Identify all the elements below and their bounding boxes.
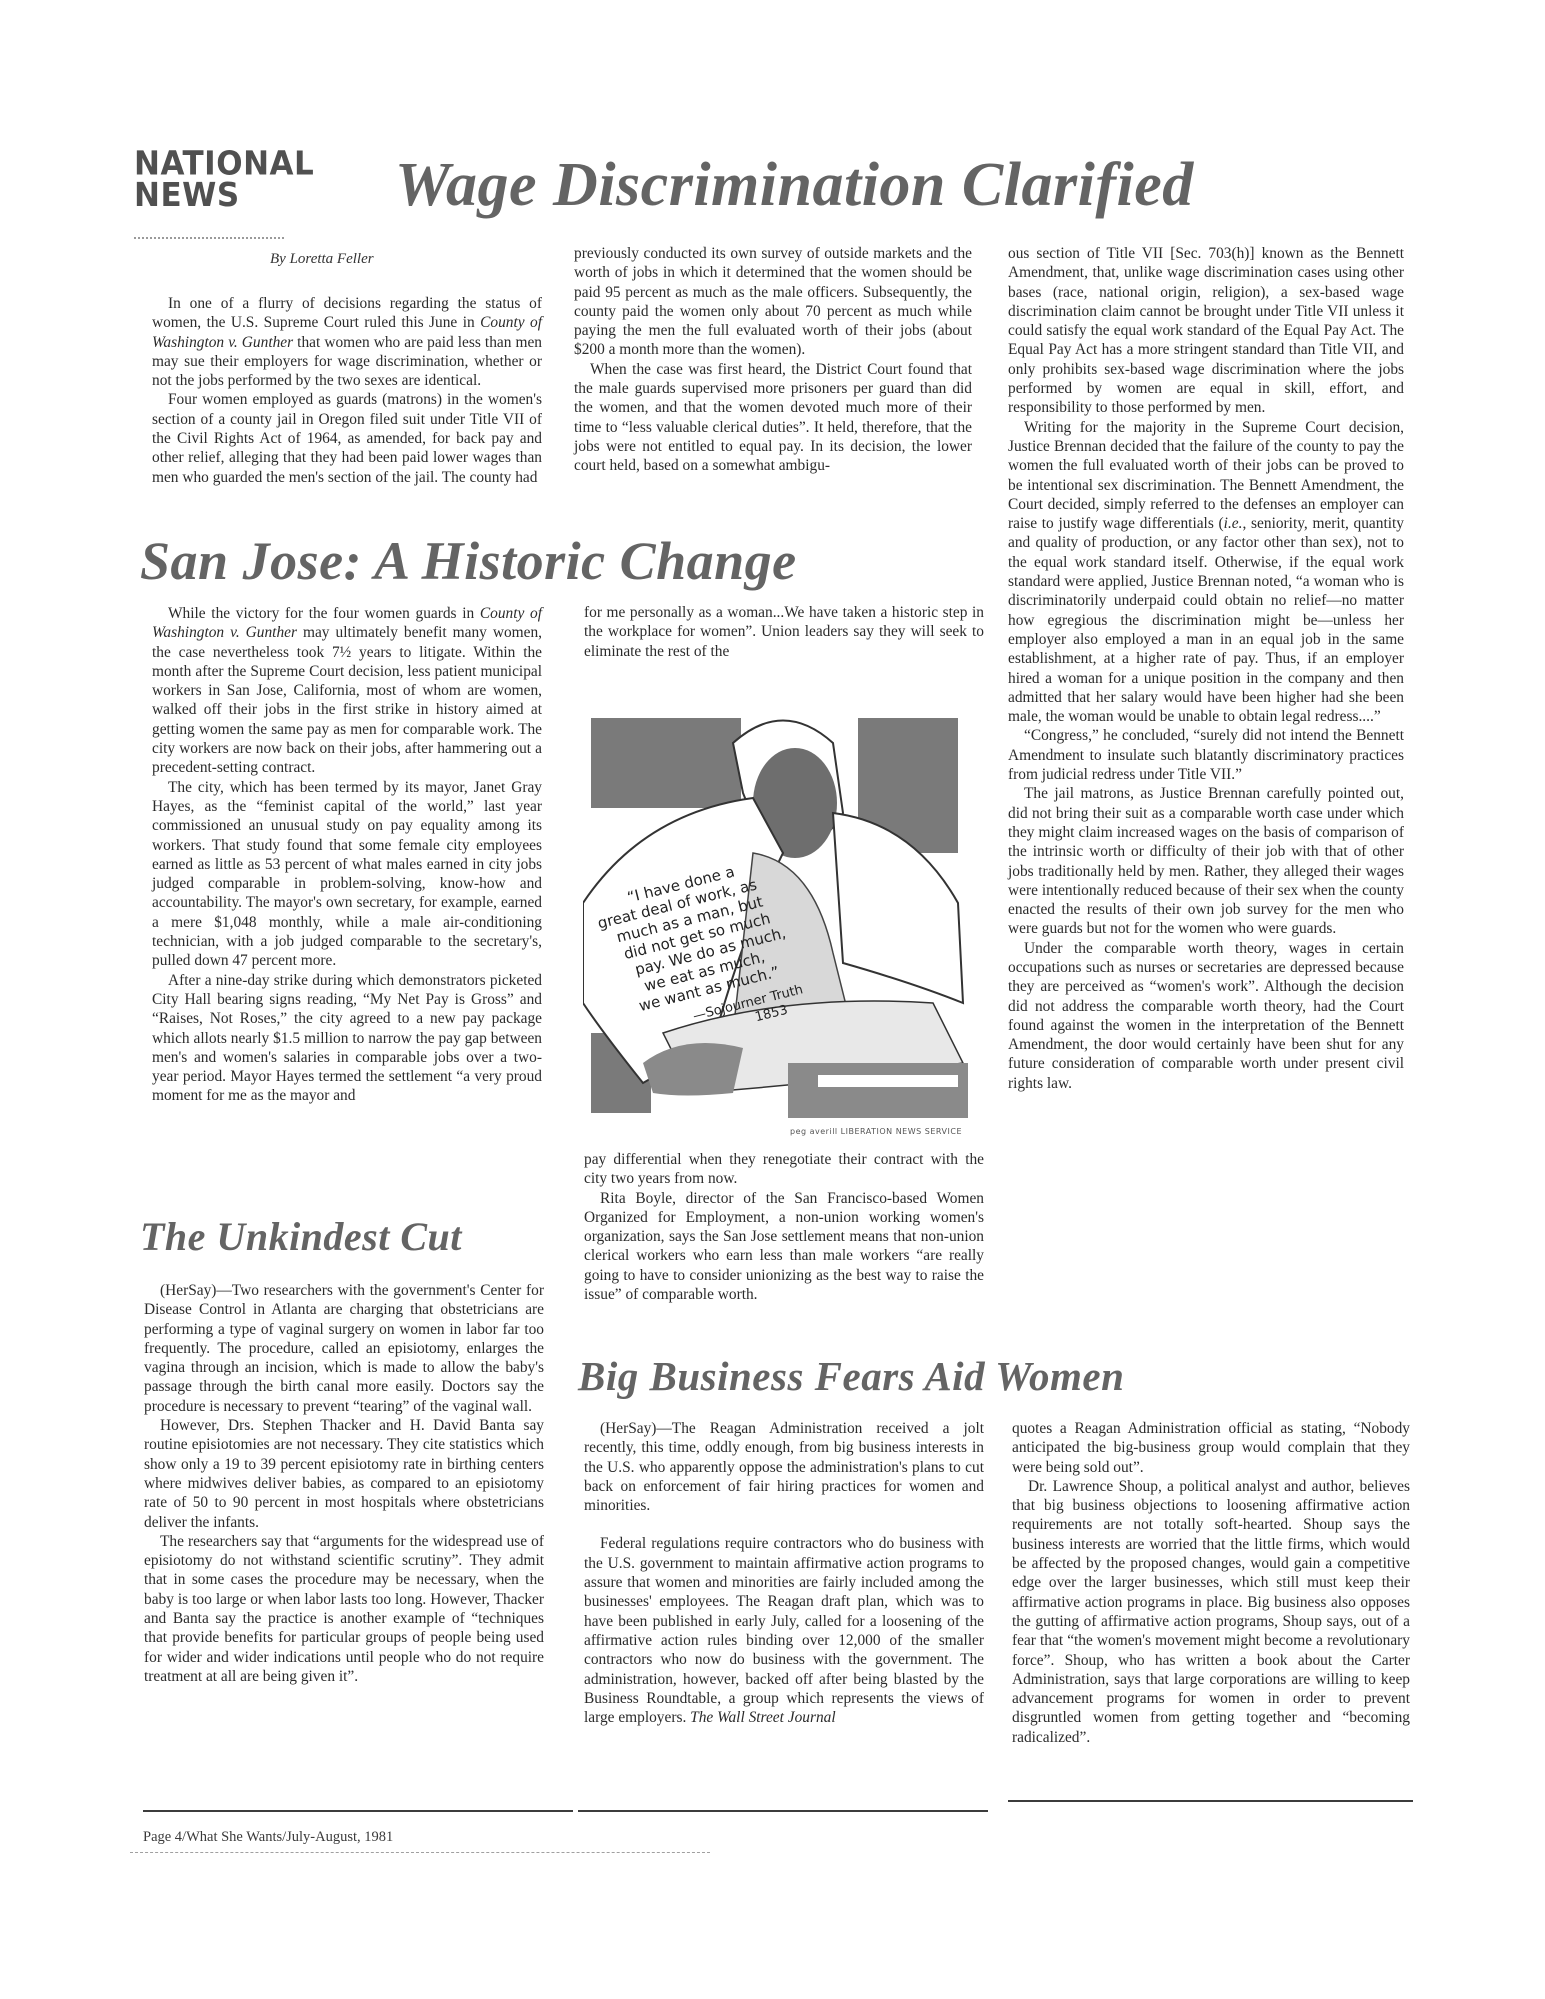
- paragraph: ous section of Title VII [Sec. 703(h)] k…: [1008, 244, 1404, 418]
- article-wage-col2: previously conducted its own survey of o…: [574, 244, 972, 476]
- paragraph: for me personally as a woman...We have t…: [584, 603, 984, 661]
- page-footer: Page 4/What She Wants/July-August, 1981: [143, 1829, 393, 1846]
- bottom-rule-middle: [578, 1810, 988, 1812]
- paragraph: “Congress,” he concluded, “surely did no…: [1008, 726, 1404, 784]
- masthead-dotted-rule: [134, 237, 284, 239]
- paragraph: (HerSay)—The Reagan Administration recei…: [584, 1419, 984, 1515]
- article-wage-col1: In one of a flurry of decisions regardin…: [152, 294, 542, 487]
- headline-big-business: Big Business Fears Aid Women: [578, 1352, 1124, 1400]
- paragraph: While the victory for the four women gua…: [152, 604, 542, 778]
- section-masthead: NATIONAL NEWS: [134, 149, 314, 212]
- paragraph: pay differential when they renegotiate t…: [584, 1150, 984, 1189]
- bottom-rule-right: [1008, 1800, 1413, 1802]
- article-bigbusiness-col2: (HerSay)—The Reagan Administration recei…: [584, 1419, 984, 1727]
- byline: By Loretta Feller: [270, 251, 374, 268]
- masthead-line-1: NATIONAL: [134, 149, 314, 181]
- paragraph: However, Drs. Stephen Thacker and H. Dav…: [144, 1416, 544, 1532]
- footer-dotted-rule: [130, 1852, 710, 1853]
- paragraph: previously conducted its own survey of o…: [574, 244, 972, 360]
- article-sanjose-col1: While the victory for the four women gua…: [152, 604, 542, 1106]
- sojourner-truth-illustration: “I have done a great deal of work, as mu…: [583, 703, 988, 1143]
- headline-unkindest-cut: The Unkindest Cut: [140, 1213, 462, 1260]
- paragraph: After a nine-day strike during which dem…: [152, 971, 542, 1106]
- paragraph: (HerSay)—Two researchers with the govern…: [144, 1281, 544, 1416]
- article-wage-col3: ous section of Title VII [Sec. 703(h)] k…: [1008, 244, 1404, 1093]
- paragraph: Rita Boyle, director of the San Francisc…: [584, 1189, 984, 1305]
- bottom-rule-left: [143, 1810, 573, 1812]
- headline-wage-discrimination: Wage Discrimination Clarified: [395, 150, 1194, 221]
- masthead-line-2: NEWS: [134, 180, 314, 212]
- illustration-credit: peg averill LIBERATION NEWS SERVICE: [790, 1127, 962, 1136]
- paragraph: In one of a flurry of decisions regardin…: [152, 294, 542, 390]
- paragraph: The researchers say that “arguments for …: [144, 1532, 544, 1686]
- article-bigbusiness-col3: quotes a Reagan Administration official …: [1012, 1419, 1410, 1747]
- paragraph: Four women employed as guards (matrons) …: [152, 390, 542, 486]
- headline-san-jose: San Jose: A Historic Change: [140, 530, 797, 592]
- paragraph: The city, which has been termed by its m…: [152, 778, 542, 971]
- article-sanjose-col2-bottom: pay differential when they renegotiate t…: [584, 1150, 984, 1304]
- paragraph: When the case was first heard, the Distr…: [574, 360, 972, 476]
- portrait-illustration-icon: “I have done a great deal of work, as mu…: [583, 703, 988, 1143]
- article-sanjose-col2-top: for me personally as a woman...We have t…: [584, 603, 984, 661]
- paragraph: Under the comparable worth theory, wages…: [1008, 939, 1404, 1093]
- paragraph: Writing for the majority in the Supreme …: [1008, 418, 1404, 727]
- paragraph: quotes a Reagan Administration official …: [1012, 1419, 1410, 1477]
- paragraph: The jail matrons, as Justice Brennan car…: [1008, 784, 1404, 938]
- article-unkindest-col1: (HerSay)—Two researchers with the govern…: [144, 1281, 544, 1686]
- paragraph: Dr. Lawrence Shoup, a political analyst …: [1012, 1477, 1410, 1747]
- paragraph: Federal regulations require contractors …: [584, 1534, 984, 1727]
